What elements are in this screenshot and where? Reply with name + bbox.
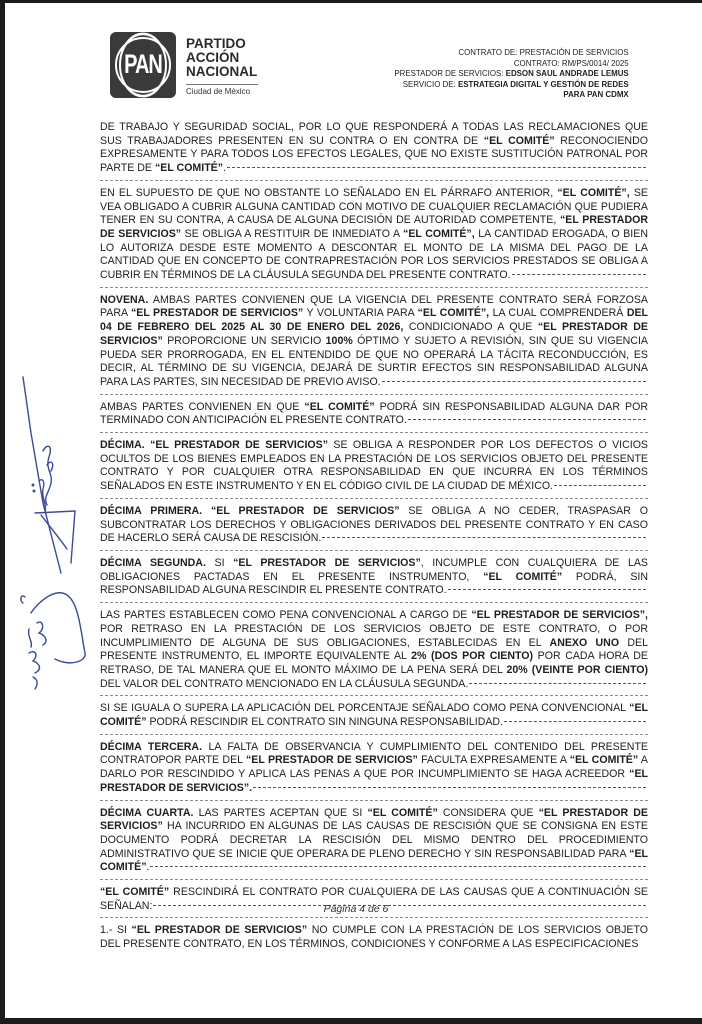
paragraph-text: SI SE IGUALA O SUPERA LA APLICACIÓN DEL … <box>100 702 629 714</box>
dashed-separator <box>100 917 648 918</box>
bold-text: 100% <box>326 335 353 347</box>
dashed-separator <box>100 180 648 181</box>
provider-label: PRESTADOR DE SERVICIOS: <box>395 68 506 78</box>
contract-number: CONTRATO: RM/PS/0014/ 2025 <box>395 58 629 69</box>
dashed-separator <box>100 695 648 696</box>
paragraph-text: CONDICIONADO A QUE <box>403 321 538 333</box>
bold-text: 2% (DOS POR CIENTO) <box>411 650 533 662</box>
dashed-separator <box>100 734 648 735</box>
bold-text: “EL COMITÉ” <box>484 135 555 147</box>
party-name-line: ACCIÓN <box>186 51 257 65</box>
paragraph-text: 1.- SI <box>100 924 132 936</box>
bold-text: NOVENA. <box>100 294 148 306</box>
bold-text: “EL COMITÉ” <box>483 571 562 583</box>
dash-filler <box>469 683 646 684</box>
bold-text: “EL PRESTADOR DE SERVICIOS” <box>132 924 308 936</box>
paragraph-text: SE OBLIGA A RESTITUIR DE INMEDIATO A <box>181 228 403 240</box>
dash-filler <box>253 787 646 788</box>
bold-text: “EL COMITÉ” <box>304 401 374 413</box>
bold-text: DÉCIMA. “EL PRESTADOR DE SERVICIOS” <box>100 439 328 451</box>
page-number: Página 4 de 6 <box>5 903 702 915</box>
paragraph-text: EN EL SUPUESTO DE QUE NO OBSTANTE LO SEÑ… <box>100 187 557 199</box>
service-line: SERVICIO DE: ESTRATEGIA DIGITAL Y GESTIÓ… <box>395 79 629 90</box>
paragraph-text: LAS PARTES ESTABLECEN COMO PENA CONVENCI… <box>100 609 471 621</box>
paragraph-text: PROPORCIONE UN SERVICIO <box>163 335 326 347</box>
paragraph-text: . <box>147 861 150 873</box>
contract-paragraph: DÉCIMA. “EL PRESTADOR DE SERVICIOS” SE O… <box>100 439 648 494</box>
bold-text: “EL COMITÉ”, <box>557 187 629 199</box>
dash-filler <box>504 721 646 722</box>
signature-lower-left-icon <box>15 583 95 693</box>
contract-paragraph: SI SE IGUALA O SUPERA LA APLICACIÓN DEL … <box>100 702 648 729</box>
bold-text: “EL PRESTADOR DE SERVICIOS” <box>131 307 303 319</box>
dashed-separator <box>100 550 648 551</box>
contract-type: CONTRATO DE: PRESTACIÓN DE SERVICIOS <box>395 47 629 58</box>
paragraph-text: PODRÁ RESCINDIR EL CONTRATO SIN NINGUNA … <box>147 716 504 728</box>
paragraph-text: CONSIDERA QUE <box>438 807 539 819</box>
logo-text: PAN <box>119 33 167 98</box>
bold-text: 20% (VEINTE POR CIENTO) <box>507 664 648 676</box>
service-name-cont: PARA PAN CDMX <box>564 89 629 99</box>
paragraph-text: LAS PARTES ACEPTAN QUE SI <box>193 807 367 819</box>
dash-filler <box>448 589 646 590</box>
bold-text: “EL COMITÉ” <box>367 807 437 819</box>
paragraph-text: HA INCURRIDO EN ALGUNAS DE LAS CAUSAS DE… <box>100 820 648 859</box>
contract-paragraph: DÉCIMA TERCERA. LA FALTA DE OBSERVANCIA … <box>100 741 648 796</box>
paragraph-text: FACULTA EXPRESAMENTE A <box>418 754 570 766</box>
bold-text: “EL COMITÉ” <box>100 886 169 898</box>
bold-text: ANEXO UNO <box>550 637 620 649</box>
contract-paragraph: NOVENA. AMBAS PARTES CONVIENEN QUE LA VI… <box>100 294 648 390</box>
contract-paragraph: DE TRABAJO Y SEGURIDAD SOCIAL, POR LO QU… <box>100 121 648 176</box>
dashed-separator <box>100 879 648 880</box>
bold-text: “EL COMITÉ” <box>155 162 223 174</box>
contract-paragraph: DÉCIMA CUARTA. LAS PARTES ACEPTAN QUE SI… <box>100 807 648 876</box>
dashed-separator <box>100 602 648 603</box>
paragraph-text: AMBAS PARTES CONVIENEN EN QUE <box>100 401 304 413</box>
dash-filler <box>382 381 646 382</box>
dashed-separator <box>100 800 648 801</box>
contract-paragraph: AMBAS PARTES CONVIENEN EN QUE “EL COMITÉ… <box>100 401 648 428</box>
bold-text: “EL PRESTADOR DE SERVICIOS”, <box>471 609 648 621</box>
signature-upper-left-icon <box>13 373 83 583</box>
bold-text: “EL COMITÉ”, <box>403 228 475 240</box>
bold-text: “EL PRESTADOR DE SERVICIOS” <box>246 754 418 766</box>
party-name: PARTIDO ACCIÓN NACIONAL <box>186 37 257 79</box>
contract-body: DE TRABAJO Y SEGURIDAD SOCIAL, POR LO QU… <box>100 121 648 952</box>
contract-header: CONTRATO DE: PRESTACIÓN DE SERVICIOS CON… <box>395 47 629 100</box>
bold-text: “EL COMITÉ” <box>570 754 638 766</box>
contract-paragraph: DÉCIMA PRIMERA. “EL PRESTADOR DE SERVICI… <box>100 505 648 546</box>
bold-text: DÉCIMA SEGUNDA. <box>100 557 206 569</box>
provider-name: EDSON SAUL ANDRADE LEMUS <box>506 68 629 78</box>
contract-paragraph: 1.- SI “EL PRESTADOR DE SERVICIOS” NO CU… <box>100 924 648 951</box>
party-name-line: NACIONAL <box>186 65 257 79</box>
party-name-line: PARTIDO <box>186 37 257 51</box>
paragraph-text: . <box>223 162 226 174</box>
paragraph-text: SI <box>206 557 233 569</box>
contract-paragraph: LAS PARTES ESTABLECEN COMO PENA CONVENCI… <box>100 609 648 691</box>
service-name: ESTRATEGIA DIGITAL Y GESTIÓN DE REDES <box>458 79 629 89</box>
contract-paragraph: EN EL SUPUESTO DE QUE NO OBSTANTE LO SEÑ… <box>100 187 648 283</box>
dashed-separator <box>100 287 648 288</box>
dash-filler <box>322 537 646 538</box>
paragraph-text: Y VOLUNTARIA PARA <box>303 307 417 319</box>
dash-filler <box>512 274 646 275</box>
paragraph-text: LA CUAL COMPRENDERÁ <box>489 307 627 319</box>
dashed-separator <box>100 432 648 433</box>
dash-filler <box>554 485 646 486</box>
pan-logo-icon: PAN <box>110 32 176 98</box>
service-label: SERVICIO DE: <box>403 79 458 89</box>
service-line-2: PARA PAN CDMX <box>395 89 629 100</box>
contract-paragraph: DÉCIMA SEGUNDA. SI “EL PRESTADOR DE SERV… <box>100 557 648 598</box>
dash-filler <box>150 866 646 867</box>
party-divider <box>186 84 258 85</box>
bold-text: “EL PRESTADOR DE SERVICIOS” <box>233 557 421 569</box>
dashed-separator <box>100 498 648 499</box>
bold-text: “EL COMITÉ”, <box>418 307 490 319</box>
dash-filler <box>227 167 646 168</box>
bold-text: DÉCIMA PRIMERA. “EL PRESTADOR DE SERVICI… <box>100 505 400 517</box>
party-city: Ciudad de México <box>186 87 250 96</box>
provider-line: PRESTADOR DE SERVICIOS: EDSON SAUL ANDRA… <box>395 68 629 79</box>
logo-ring: PAN <box>115 37 171 93</box>
paragraph-text: DEL VALOR DEL CONTRATO MENCIONADO EN LA … <box>100 678 468 690</box>
document-page: PAN PARTIDO ACCIÓN NACIONAL Ciudad de Mé… <box>5 3 702 1018</box>
bold-text: DÉCIMA CUARTA. <box>100 807 193 819</box>
dash-filler <box>408 419 646 420</box>
bold-text: DÉCIMA TERCERA. <box>100 741 202 753</box>
dashed-separator <box>100 394 648 395</box>
